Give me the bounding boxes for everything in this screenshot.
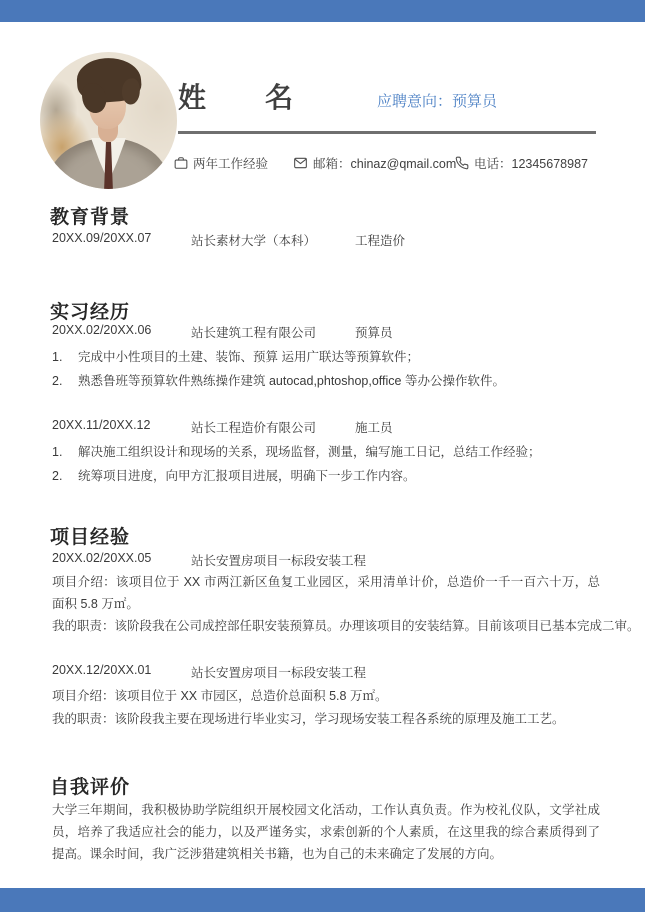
job-company: 站长建筑工程有限公司 [191,323,316,341]
education-school: 站长素材大学（本科） [191,231,316,249]
section-title-projects: 项目经验 [50,522,130,549]
experience-badge: 两年工作经验 [174,154,268,172]
contact-row: 两年工作经验 邮箱：chinaz@qmail.com 电话：1234567898… [0,154,645,172]
education-major: 工程造价 [355,231,405,249]
project-row: 20XX.12/20XX.01 站长安置房项目一标段安装工程 [0,663,645,681]
candidate-name: 姓 名 [178,76,294,116]
bullet-number: 1. [52,445,78,459]
job-bullet: 2.熟悉鲁班等预算软件熟练操作建筑 autocad,phtoshop,offic… [52,371,612,389]
section-title-education: 教育背景 [50,202,130,229]
job-date: 20XX.02/20XX.06 [52,323,151,337]
bullet-number: 1. [52,350,78,364]
project-name: 站长安置房项目一标段安装工程 [191,551,366,569]
portrait-hair [76,56,143,104]
bullet-text: 解决施工组织设计和现场的关系，现场监督，测量，编写施工日记，总结工作经验； [78,445,541,459]
project-date: 20XX.02/20XX.05 [52,551,151,565]
internship-row: 20XX.11/20XX.12 站长工程造价有限公司 施工员 [0,418,645,436]
header-divider [178,131,596,134]
job-role: 预算员 [355,323,393,341]
evaluation-text: 大学三年期间，我积极协助学院组织开展校园文化活动，工作认真负责。作为校礼仪队，文… [52,799,600,865]
email-text: 邮箱：chinaz@qmail.com [313,154,456,172]
education-row: 20XX.09/20XX.07 站长素材大学（本科） 工程造价 [0,231,645,249]
project-name: 站长安置房项目一标段安装工程 [191,663,366,681]
job-role: 施工员 [355,418,393,436]
job-intention: 应聘意向：预算员 [377,90,497,111]
job-date: 20XX.11/20XX.12 [52,418,150,432]
experience-text: 两年工作经验 [193,154,268,172]
email-item: 邮箱：chinaz@qmail.com [293,154,456,172]
project-date: 20XX.12/20XX.01 [52,663,151,677]
briefcase-icon [174,156,188,170]
project-duty: 我的职责：该阶段我在公司成控部任职安装预算员。办理该项目的安装结算。目前该项目已… [52,616,627,634]
internship-row: 20XX.02/20XX.06 站长建筑工程有限公司 预算员 [0,323,645,341]
project-duty: 我的职责：该阶段我主要在现场进行毕业实习，学习现场安装工程各系统的原理及施工工艺… [52,709,627,727]
job-company: 站长工程造价有限公司 [191,418,316,436]
section-title-internship: 实习经历 [50,297,130,324]
bottom-accent-bar [0,888,645,912]
bullet-text: 完成中小性项目的土建、装饰、预算 运用广联达等预算软件； [78,350,419,364]
top-accent-bar [0,0,645,22]
project-row: 20XX.02/20XX.05 站长安置房项目一标段安装工程 [0,551,645,569]
job-bullet: 1.解决施工组织设计和现场的关系，现场监督，测量，编写施工日记，总结工作经验； [52,442,612,460]
mail-icon [293,156,308,170]
phone-text: 电话：12345678987 [474,154,588,172]
job-bullet: 2.统筹项目进度，向甲方汇报项目进展，明确下一步工作内容。 [52,466,612,484]
bullet-number: 2. [52,374,78,388]
bullet-text: 统筹项目进度，向甲方汇报项目进展，明确下一步工作内容。 [78,469,416,483]
project-intro: 项目介绍：该项目位于 XX 市园区，总造价总面积 5.8 万㎡。 [52,686,627,704]
project-intro: 项目介绍：该项目位于 XX 市两江新区鱼复工业园区，采用清单计价，总造价一千一百… [52,572,600,615]
phone-icon [455,156,469,170]
job-bullet: 1.完成中小性项目的土建、装饰、预算 运用广联达等预算软件； [52,347,612,365]
bullet-text: 熟悉鲁班等预算软件熟练操作建筑 autocad,phtoshop,office … [78,374,505,388]
education-date: 20XX.09/20XX.07 [52,231,151,245]
phone-item: 电话：12345678987 [455,154,588,172]
bullet-number: 2. [52,469,78,483]
section-title-evaluation: 自我评价 [50,772,130,799]
